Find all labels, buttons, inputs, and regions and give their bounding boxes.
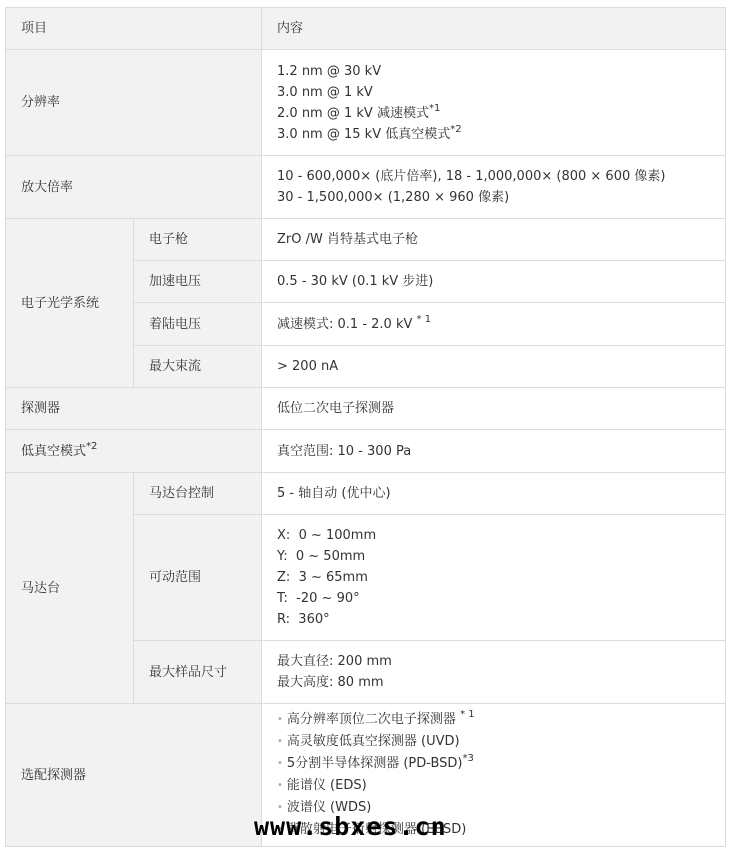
watermark: www.sbxes.cn bbox=[254, 812, 447, 841]
accel-voltage-label: 加速电压 bbox=[134, 261, 262, 303]
stage-range-label: 可动范围 bbox=[134, 515, 262, 641]
table-row-low-vacuum: 低真空模式*2 真空范围: 10 - 300 Pa bbox=[6, 430, 726, 473]
optics-label: 电子光学系统 bbox=[6, 219, 134, 388]
header-item: 项目 bbox=[6, 8, 262, 50]
electron-gun-value: ZrO /W 肖特基式电子枪 bbox=[262, 219, 726, 261]
resolution-label: 分辨率 bbox=[6, 50, 262, 156]
detector-label: 探测器 bbox=[6, 388, 262, 430]
landing-voltage-label: 着陆电压 bbox=[134, 303, 262, 346]
spec-table: 项目 内容 分辨率 1.2 nm @ 30 kV 3.0 nm @ 1 kV 2… bbox=[5, 7, 726, 847]
footnote-ref: * 1 bbox=[460, 709, 475, 720]
list-item: 高分辨率顶位二次电子探测器 * 1 bbox=[277, 709, 710, 731]
low-vacuum-label: 低真空模式*2 bbox=[6, 430, 262, 473]
footnote-ref: *1 bbox=[429, 103, 440, 114]
electron-gun-label: 电子枪 bbox=[134, 219, 262, 261]
resolution-value: 1.2 nm @ 30 kV 3.0 nm @ 1 kV 2.0 nm @ 1 … bbox=[262, 50, 726, 156]
low-vacuum-value: 真空范围: 10 - 300 Pa bbox=[262, 430, 726, 473]
footnote-ref: * 1 bbox=[417, 314, 432, 325]
max-sample-label: 最大样品尺寸 bbox=[134, 641, 262, 704]
stage-label: 马达台 bbox=[6, 473, 134, 704]
list-item: 5分割半导体探测器 (PD-BSD)*3 bbox=[277, 753, 710, 775]
table-row-detector: 探测器 低位二次电子探测器 bbox=[6, 388, 726, 430]
accel-voltage-value: 0.5 - 30 kV (0.1 kV 步进) bbox=[262, 261, 726, 303]
detector-value: 低位二次电子探测器 bbox=[262, 388, 726, 430]
table-row-resolution: 分辨率 1.2 nm @ 30 kV 3.0 nm @ 1 kV 2.0 nm … bbox=[6, 50, 726, 156]
header-content: 内容 bbox=[262, 8, 726, 50]
footnote-ref: *3 bbox=[463, 753, 474, 764]
magnification-label: 放大倍率 bbox=[6, 156, 262, 219]
stage-control-value: 5 - 轴自动 (优中心) bbox=[262, 473, 726, 515]
max-beam-current-value: > 200 nA bbox=[262, 346, 726, 388]
table-row-magnification: 放大倍率 10 - 600,000× (底片倍率), 18 - 1,000,00… bbox=[6, 156, 726, 219]
magnification-value: 10 - 600,000× (底片倍率), 18 - 1,000,000× (8… bbox=[262, 156, 726, 219]
footnote-ref: *2 bbox=[450, 124, 461, 135]
list-item: 高灵敏度低真空探测器 (UVD) bbox=[277, 731, 710, 753]
table-header-row: 项目 内容 bbox=[6, 8, 726, 50]
landing-voltage-value: 减速模式: 0.1 - 2.0 kV * 1 bbox=[262, 303, 726, 346]
optional-detectors-label: 选配探测器 bbox=[6, 704, 262, 847]
max-sample-value: 最大直径: 200 mm 最大高度: 80 mm bbox=[262, 641, 726, 704]
stage-control-label: 马达台控制 bbox=[134, 473, 262, 515]
table-row-stage-control: 马达台 马达台控制 5 - 轴自动 (优中心) bbox=[6, 473, 726, 515]
table-row-electron-gun: 电子光学系统 电子枪 ZrO /W 肖特基式电子枪 bbox=[6, 219, 726, 261]
footnote-ref: *2 bbox=[86, 441, 97, 452]
list-item: 能谱仪 (EDS) bbox=[277, 775, 710, 797]
stage-range-value: X: 0 ~ 100mm Y: 0 ~ 50mm Z: 3 ~ 65mm T: … bbox=[262, 515, 726, 641]
max-beam-current-label: 最大束流 bbox=[134, 346, 262, 388]
